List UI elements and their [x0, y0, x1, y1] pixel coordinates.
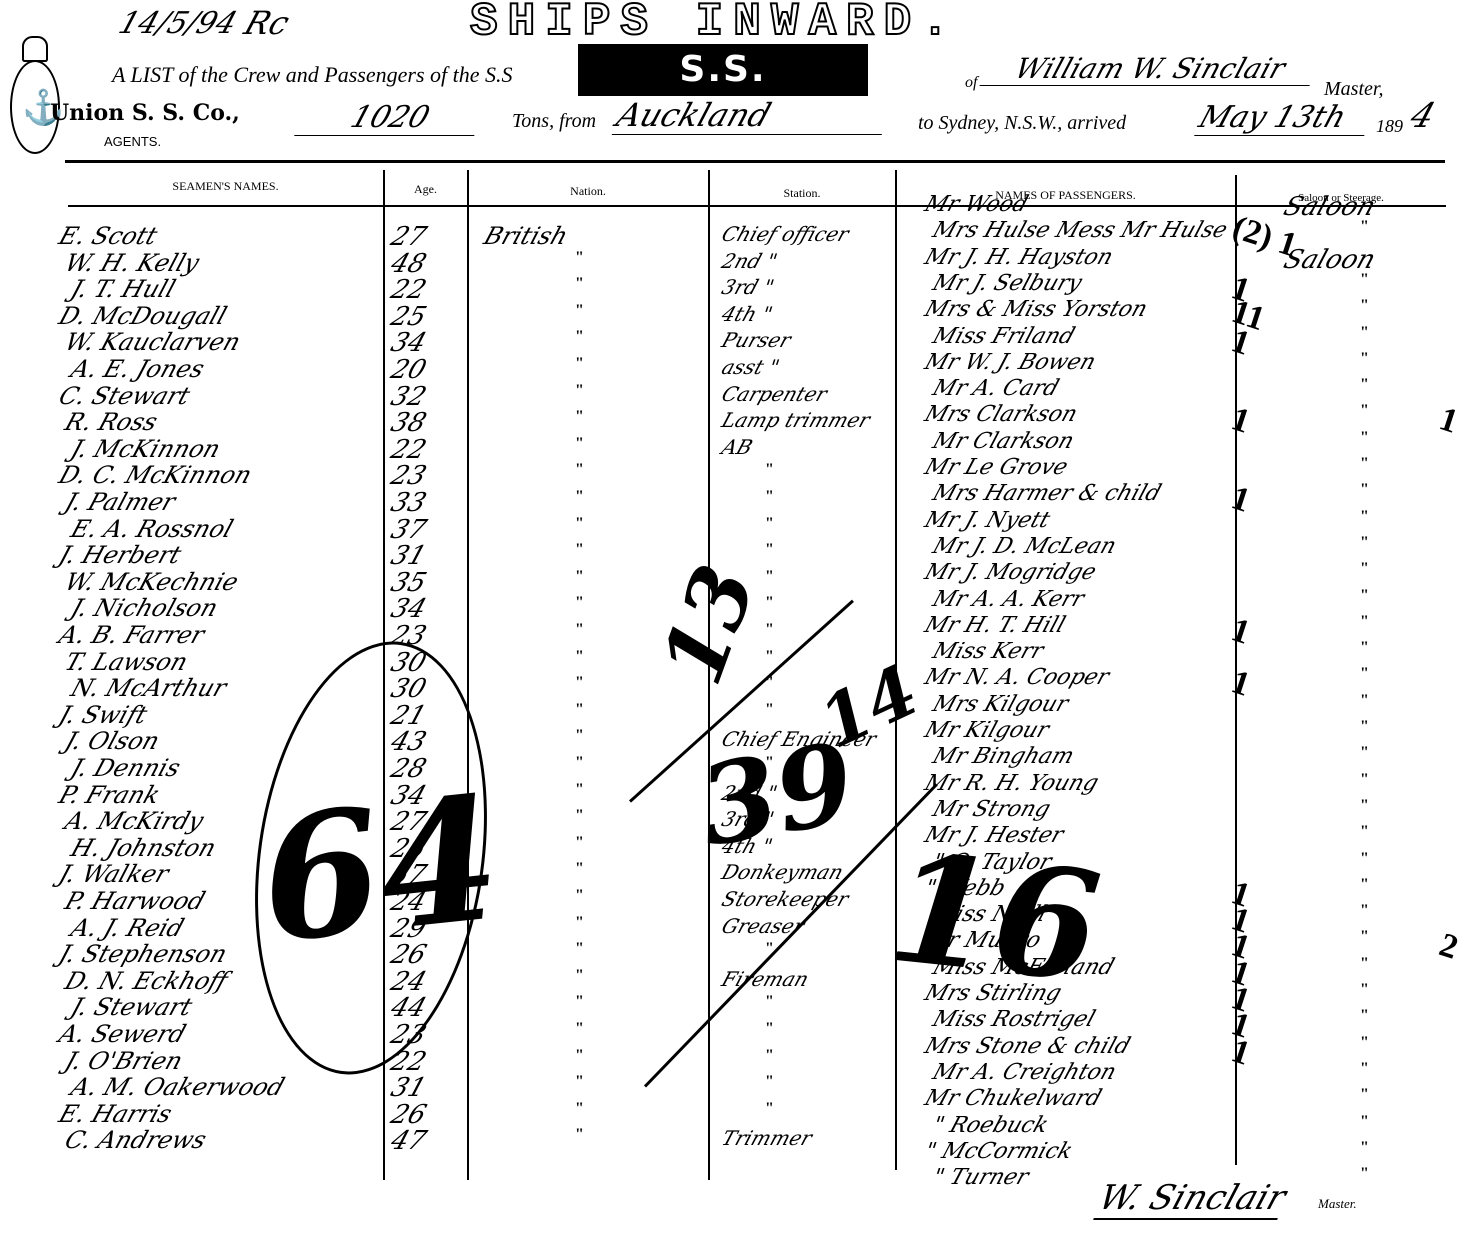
- crew-nation: ": [575, 834, 584, 852]
- of-label: of: [965, 74, 977, 92]
- list-prefix: A LIST of the Crew and Passengers of the…: [112, 62, 513, 88]
- crew-nation: ": [575, 621, 584, 639]
- crew-name: P. Frank: [55, 781, 163, 809]
- crew-name: J. T. Hull: [67, 275, 179, 303]
- crew-station: 2nd ": [717, 249, 780, 277]
- passenger-class: ": [1360, 402, 1369, 420]
- crew-station: Lamp trimmer: [717, 408, 873, 436]
- crew-station: ": [765, 993, 774, 1011]
- passenger-class: ": [1360, 744, 1369, 762]
- passenger-name: Miss Kerr: [928, 639, 1046, 667]
- crew-nation: ": [575, 568, 584, 586]
- destination-label: to Sydney, N.S.W., arrived: [918, 112, 1126, 135]
- passenger-class: ": [1360, 1007, 1369, 1025]
- passenger-class: ": [1360, 324, 1369, 342]
- crew-nation: ": [575, 408, 584, 426]
- passenger-name: Mr J. Nyett: [920, 508, 1053, 536]
- passenger-class: ": [1360, 692, 1369, 710]
- crew-name: J. McKinnon: [67, 435, 224, 463]
- crew-name: E. A. Rossnol: [67, 515, 236, 543]
- passenger-name: Miss Friland: [928, 324, 1077, 352]
- crew-name: A. McKirdy: [61, 807, 207, 835]
- crew-name: J. Stephenson: [55, 940, 230, 968]
- passenger-class: ": [1360, 928, 1369, 946]
- crew-nation: ": [575, 594, 584, 612]
- crew-station: ": [765, 621, 774, 639]
- passenger-class: ": [1360, 797, 1369, 815]
- passenger-name: " Roebuck: [928, 1113, 1051, 1141]
- passenger-class: ": [1360, 587, 1369, 605]
- crew-nation: ": [575, 435, 584, 453]
- crew-nation: ": [575, 302, 584, 320]
- crew-nation: ": [575, 328, 584, 346]
- crew-nation: British: [480, 222, 571, 250]
- crew-name: A. M. Oakerwood: [67, 1073, 288, 1101]
- crew-age: 22: [387, 275, 430, 305]
- crew-nation: ": [575, 1126, 584, 1144]
- crew-nation: ": [575, 461, 584, 479]
- document-title: SHIPS INWARD.: [470, 0, 959, 48]
- passenger-name: Mr J. H. Hayston: [920, 245, 1116, 273]
- passenger-class: ": [1360, 1113, 1369, 1131]
- crew-name: W. Kauclarven: [61, 328, 244, 356]
- passenger-class: ": [1360, 376, 1369, 394]
- crew-station: 4th ": [717, 302, 775, 330]
- crew-nation: ": [575, 1073, 584, 1091]
- crew-name: J. Herbert: [55, 541, 184, 569]
- passenger-class: ": [1360, 876, 1369, 894]
- crew-nation: ": [575, 727, 584, 745]
- crew-station: ": [765, 1020, 774, 1038]
- crew-name: A. J. Reid: [67, 914, 187, 942]
- crew-name: N. McArthur: [67, 674, 230, 702]
- crew-name: C. Stewart: [55, 382, 193, 410]
- crew-age: 38: [387, 408, 430, 438]
- passenger-class: ": [1360, 218, 1369, 236]
- passenger-class: ": [1360, 297, 1369, 315]
- passenger-class: ": [1360, 718, 1369, 736]
- crew-nation: ": [575, 887, 584, 905]
- arrival-date: May 13th: [1194, 100, 1376, 136]
- passenger-class: ": [1360, 1165, 1369, 1183]
- crew-station: ": [765, 461, 774, 479]
- crew-age: 27: [387, 222, 430, 252]
- crew-age: 20: [387, 355, 430, 385]
- passenger-name: Mrs Harmer & child: [928, 481, 1164, 509]
- passenger-name: Mrs & Miss Yorston: [920, 297, 1150, 325]
- passenger-name: Mr Chukelward: [920, 1086, 1104, 1114]
- crew-station: ": [765, 648, 774, 666]
- passenger-extra-mark: 2: [1435, 927, 1463, 968]
- passenger-name: " Turner: [928, 1165, 1031, 1193]
- crew-station: Chief officer: [717, 222, 851, 250]
- crew-nation: ": [575, 914, 584, 932]
- crew-station: Purser: [717, 328, 794, 356]
- passenger-class: ": [1360, 534, 1369, 552]
- passenger-name: Mr R. H. Young: [920, 771, 1101, 799]
- fraction-top: 13: [642, 553, 775, 697]
- passenger-name: Mr H. T. Hill: [920, 613, 1068, 641]
- crew-station: ": [765, 541, 774, 559]
- passenger-class: ": [1360, 560, 1369, 578]
- header-rule: [68, 205, 383, 207]
- passenger-class: ": [1360, 455, 1369, 473]
- crew-nation: ": [575, 940, 584, 958]
- ship-name-stamp: S.S. MANAPOURI: [578, 44, 868, 96]
- passenger-class: ": [1360, 823, 1369, 841]
- agent-company: Union S. S. Co.,: [50, 100, 240, 126]
- pencil-initials: Rc: [240, 4, 294, 42]
- passenger-class: ": [1360, 271, 1369, 289]
- passenger-name: Mr J. Selbury: [928, 271, 1085, 299]
- passenger-name: Mr A. A. Kerr: [928, 587, 1087, 615]
- crew-nation: ": [575, 860, 584, 878]
- from-port: Auckland: [612, 96, 895, 135]
- passenger-name: Mr Kilgour: [920, 718, 1052, 746]
- passenger-tally-mark: 1: [1227, 480, 1255, 521]
- crew-age: 31: [387, 541, 430, 571]
- tonnage-value: 1020: [294, 100, 486, 136]
- passenger-name: Mr Bingham: [928, 744, 1077, 772]
- crew-nation: ": [575, 1020, 584, 1038]
- crew-station: Fireman: [717, 967, 812, 995]
- passenger-name: " McCormick: [920, 1139, 1075, 1167]
- passenger-class: ": [1360, 902, 1369, 920]
- crew-nation: ": [575, 674, 584, 692]
- passenger-class: ": [1360, 1086, 1369, 1104]
- passenger-class: ": [1360, 1034, 1369, 1052]
- crew-name: W. H. Kelly: [61, 249, 202, 277]
- crew-station: ": [765, 701, 774, 719]
- crew-nation: ": [575, 275, 584, 293]
- crew-name: W. McKechnie: [61, 568, 242, 596]
- crew-nation: ": [575, 701, 584, 719]
- crew-station: ": [765, 1100, 774, 1118]
- passenger-class: Saloon: [1280, 245, 1379, 273]
- master-signature: W. Sinclair: [1093, 1178, 1291, 1220]
- passenger-name: Mr W. J. Bowen: [920, 350, 1098, 378]
- crew-name: P. Harwood: [61, 887, 208, 915]
- crew-nation: ": [575, 541, 584, 559]
- crew-nation: ": [575, 382, 584, 400]
- pencil-date: 14/5/94: [114, 6, 241, 41]
- passenger-class: ": [1360, 508, 1369, 526]
- crew-name: J. Dennis: [67, 754, 183, 782]
- crew-station: Greaser: [717, 914, 807, 942]
- passenger-class: ": [1360, 665, 1369, 683]
- passenger-class: ": [1360, 613, 1369, 631]
- crew-name: E. Harris: [55, 1100, 175, 1128]
- crown-icon: [22, 36, 48, 62]
- crew-station: ": [765, 515, 774, 533]
- passenger-name: Mr J. Mogridge: [920, 560, 1099, 588]
- crew-name: E. Scott: [55, 222, 161, 250]
- passenger-name: Mrs Stone & child: [920, 1034, 1133, 1062]
- crew-station: AB: [717, 435, 755, 463]
- passenger-class: ": [1360, 350, 1369, 368]
- crew-name: A. Sewerd: [55, 1020, 189, 1048]
- passenger-name: Mrs Hulse Mess Mr Hulse: [928, 218, 1230, 246]
- crew-nation: ": [575, 648, 584, 666]
- passenger-name: Mr A. Creighton: [928, 1060, 1119, 1088]
- crew-station: ": [765, 1073, 774, 1091]
- agents-label: AGENTS.: [104, 134, 161, 149]
- passenger-name: Mr Wood: [920, 192, 1031, 220]
- crew-name: D. C. McKinnon: [55, 461, 255, 489]
- crew-name: D. McDougall: [55, 302, 230, 330]
- crew-name: A. B. Farrer: [55, 621, 208, 649]
- crew-station: Trimmer: [717, 1126, 815, 1154]
- passenger-class: ": [1360, 850, 1369, 868]
- year-prefix: 189: [1376, 116, 1403, 137]
- crew-nation: ": [575, 754, 584, 772]
- crew-age: 34: [387, 594, 430, 624]
- passenger-class: Saloon: [1280, 192, 1379, 220]
- header-divider: [65, 160, 1445, 163]
- crew-name: J. Nicholson: [67, 594, 221, 622]
- large-number: 16: [881, 820, 1107, 1017]
- passenger-class: ": [1360, 771, 1369, 789]
- crew-name: J. O'Brien: [61, 1047, 186, 1075]
- crew-station: 3rd ": [717, 275, 777, 303]
- crew-name: D. N. Eckhoff: [61, 967, 231, 995]
- passenger-class: ": [1360, 1139, 1369, 1157]
- passenger-name: Mrs Kilgour: [928, 692, 1071, 720]
- passenger-tally-mark: 1: [1227, 401, 1255, 442]
- passenger-class: ": [1360, 639, 1369, 657]
- circled-total: 64: [252, 758, 508, 982]
- passenger-name: Mr J. D. McLean: [928, 534, 1119, 562]
- crew-name: C. Andrews: [61, 1126, 210, 1154]
- crew-age: 47: [387, 1126, 430, 1156]
- crew-age: 31: [387, 1073, 430, 1103]
- crew-age: 23: [387, 461, 430, 491]
- fraction-bottom: 39: [690, 718, 863, 872]
- passenger-class: ": [1360, 1060, 1369, 1078]
- seamen-names-header: SEAMEN'S NAMES.: [68, 179, 383, 194]
- passenger-name: Mr A. Card: [928, 376, 1062, 404]
- passenger-tally-mark: 1: [1227, 611, 1255, 652]
- passenger-tally-mark: 1: [1227, 664, 1255, 705]
- crew-nation: ": [575, 781, 584, 799]
- crew-name: R. Ross: [61, 408, 161, 436]
- tons-from-label: Tons, from: [512, 110, 596, 133]
- crew-nation: ": [575, 355, 584, 373]
- passenger-class: ": [1360, 481, 1369, 499]
- crew-name: J. Swift: [55, 701, 150, 729]
- passenger-name: Mr N. A. Cooper: [920, 665, 1112, 693]
- nation-header: Nation.: [468, 184, 708, 199]
- footer-master-label: Master.: [1318, 1196, 1357, 1212]
- crew-station: Carpenter: [717, 382, 830, 410]
- passenger-class: ": [1360, 429, 1369, 447]
- crew-name: J. Olson: [61, 727, 163, 755]
- crew-name: T. Lawson: [61, 648, 191, 676]
- header-rule: [468, 205, 708, 207]
- passenger-class: ": [1360, 981, 1369, 999]
- crew-age: 34: [387, 328, 430, 358]
- crew-nation: ": [575, 1100, 584, 1118]
- year-suffix: 4: [1406, 96, 1441, 136]
- crew-station: asst ": [717, 355, 782, 383]
- station-header: Station.: [709, 186, 895, 201]
- passenger-name: Mr Strong: [928, 797, 1053, 825]
- master-name: William W. Sinclair: [979, 52, 1320, 86]
- crew-nation: ": [575, 967, 584, 985]
- passenger-name: Mrs Clarkson: [920, 402, 1080, 430]
- column-divider: [467, 170, 469, 1180]
- age-header: Age.: [384, 182, 467, 197]
- crew-nation: ": [575, 1047, 584, 1065]
- master-label: Master,: [1324, 78, 1383, 101]
- passenger-name: Mr Le Grove: [920, 455, 1071, 483]
- crew-name: J. Walker: [55, 860, 172, 888]
- crew-age: 33: [387, 488, 430, 518]
- crew-name: A. E. Jones: [67, 355, 208, 383]
- passenger-name: Mr Clarkson: [928, 429, 1077, 457]
- crew-name: H. Johnston: [67, 834, 219, 862]
- crew-nation: ": [575, 993, 584, 1011]
- crew-station: ": [765, 1047, 774, 1065]
- crew-station: ": [765, 488, 774, 506]
- crew-name: J. Stewart: [67, 993, 195, 1021]
- crew-nation: ": [575, 515, 584, 533]
- passenger-class: ": [1360, 955, 1369, 973]
- header-rule: [709, 205, 895, 207]
- passenger-extra-mark: 1: [1435, 401, 1463, 442]
- header-rule: [384, 205, 467, 207]
- crew-nation: ": [575, 807, 584, 825]
- crew-nation: ": [575, 249, 584, 267]
- crew-name: J. Palmer: [61, 488, 179, 516]
- crew-nation: ": [575, 488, 584, 506]
